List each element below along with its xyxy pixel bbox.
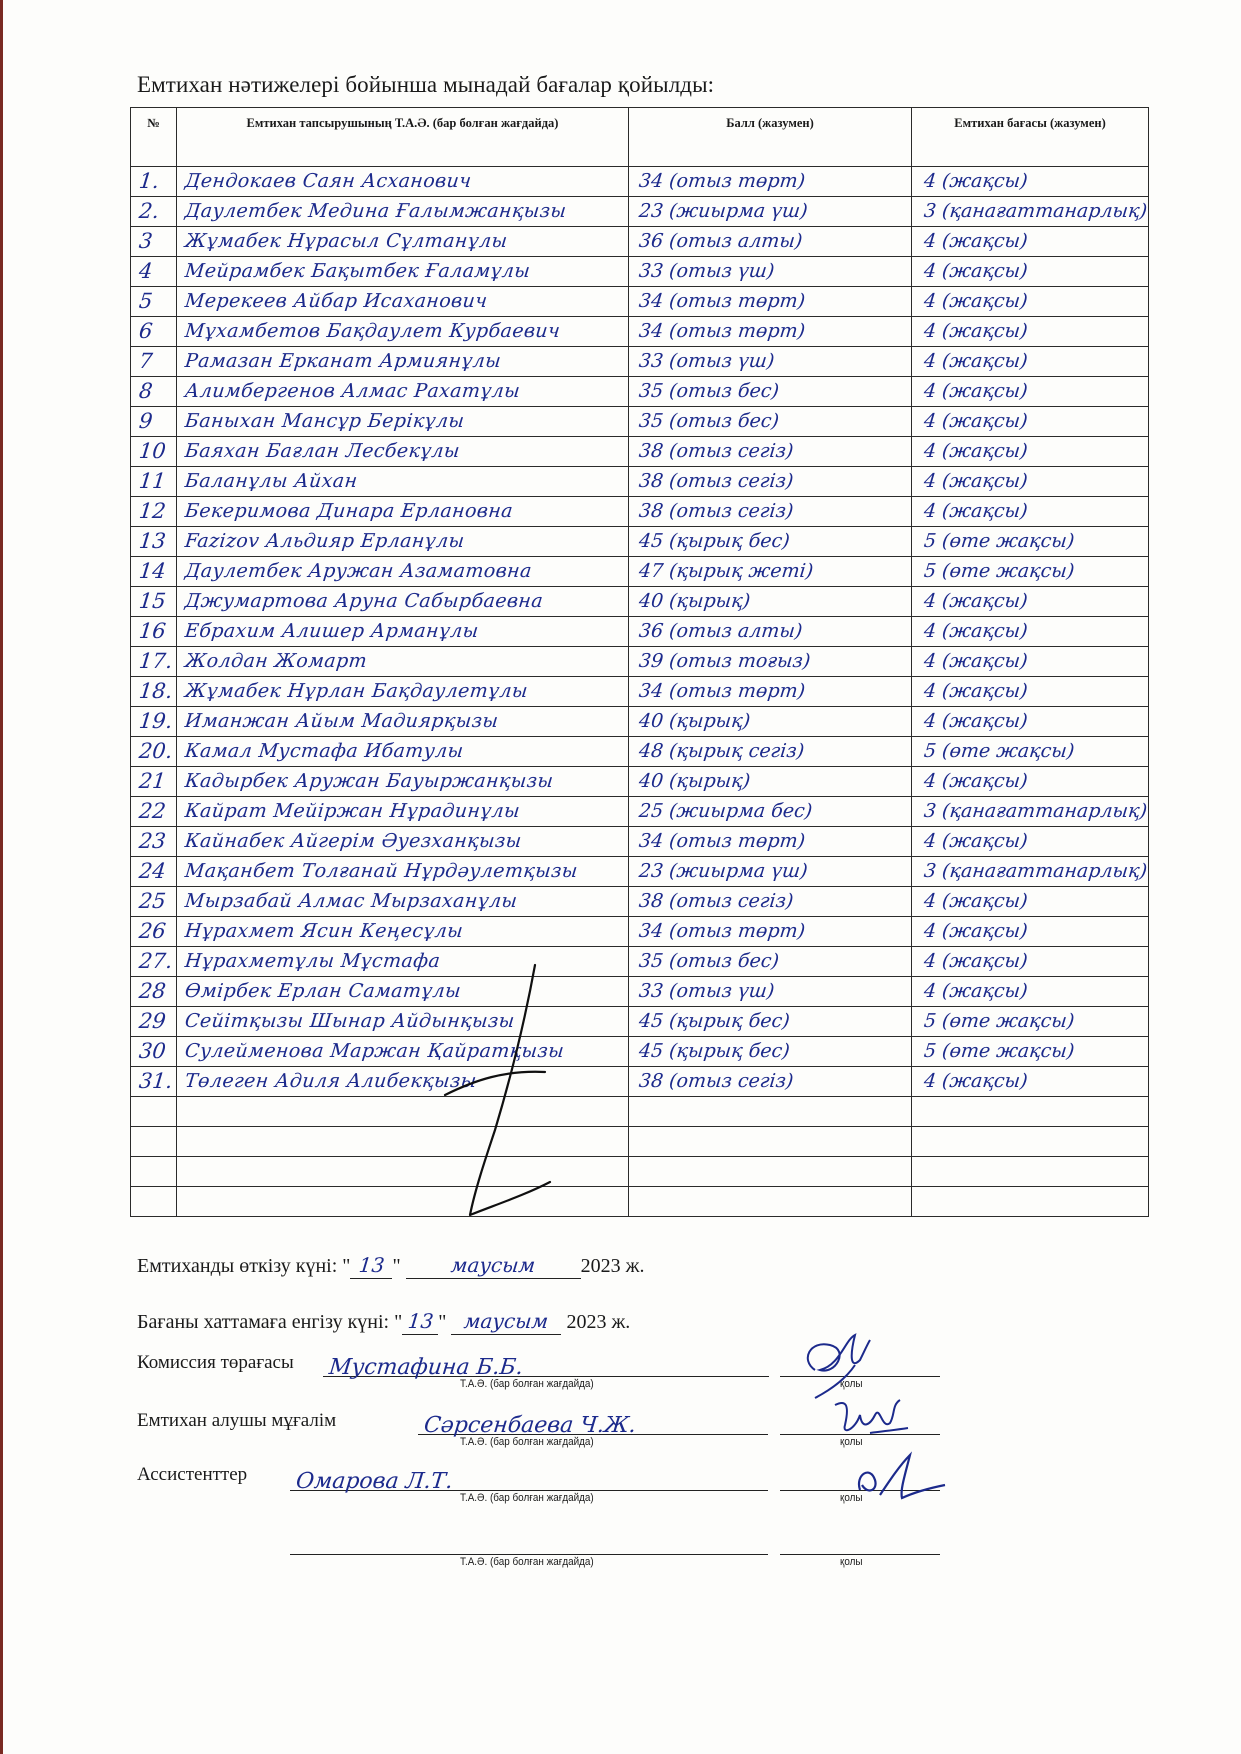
score-cell: 36 (отыз алты) bbox=[629, 227, 912, 257]
student-name: Баяхан Бағлан Лесбекұлы bbox=[177, 437, 629, 467]
student-name: Ебрахим Алишер Арманұлы bbox=[177, 617, 629, 647]
score-cell: 34 (отыз төрт) bbox=[629, 677, 912, 707]
examiner-name-caption: Т.А.Ә. (бар болған жағдайда) bbox=[460, 1436, 594, 1448]
grade-cell: 4 (жақсы) bbox=[912, 377, 1149, 407]
grades-table: № Емтихан тапсырушының Т.А.Ә. (бар болға… bbox=[130, 107, 1149, 1217]
empty-cell bbox=[177, 1187, 629, 1217]
row-number: 3 bbox=[131, 227, 177, 257]
empty-cell bbox=[629, 1097, 912, 1127]
score-cell: 33 (отыз үш) bbox=[629, 257, 912, 287]
student-name: Дендокаев Саян Асханович bbox=[177, 167, 629, 197]
table-row: 17.Жолдан Жомарт39 (отыз тоғыз)4 (жақсы) bbox=[131, 647, 1149, 677]
empty-table-row bbox=[131, 1097, 1149, 1127]
row-number: 23 bbox=[131, 827, 177, 857]
row-number: 18. bbox=[131, 677, 177, 707]
student-name: Мерекеев Айбар Исаханович bbox=[177, 287, 629, 317]
grade-cell: 4 (жақсы) bbox=[912, 917, 1149, 947]
student-name: Нұрахметұлы Мұстафа bbox=[177, 947, 629, 977]
grade-cell: 5 (өте жақсы) bbox=[912, 1037, 1149, 1067]
table-row: 5Мерекеев Айбар Исаханович34 (отыз төрт)… bbox=[131, 287, 1149, 317]
extra-assistant-name-caption: Т.А.Ә. (бар болған жағдайда) bbox=[460, 1556, 594, 1568]
grade-cell: 4 (жақсы) bbox=[912, 317, 1149, 347]
grade-cell: 4 (жақсы) bbox=[912, 437, 1149, 467]
row-number: 10 bbox=[131, 437, 177, 467]
student-name: Сейітқызы Шынар Айдынқызы bbox=[177, 1007, 629, 1037]
grade-cell: 4 (жақсы) bbox=[912, 1067, 1149, 1097]
score-cell: 40 (қырық) bbox=[629, 587, 912, 617]
row-number: 14 bbox=[131, 557, 177, 587]
grade-cell: 4 (жақсы) bbox=[912, 467, 1149, 497]
table-row: 30Сулейменова Маржан Қайратқызы45 (қырық… bbox=[131, 1037, 1149, 1067]
row-number: 6 bbox=[131, 317, 177, 347]
table-row: 2.Даулетбек Медина Ғалымжанқызы23 (жиырм… bbox=[131, 197, 1149, 227]
row-number: 27. bbox=[131, 947, 177, 977]
row-number: 17. bbox=[131, 647, 177, 677]
score-cell: 25 (жиырма бес) bbox=[629, 797, 912, 827]
row-number: 16 bbox=[131, 617, 177, 647]
table-row: 16Ебрахим Алишер Арманұлы36 (отыз алты)4… bbox=[131, 617, 1149, 647]
student-name: Баланұлы Айхан bbox=[177, 467, 629, 497]
empty-cell bbox=[629, 1187, 912, 1217]
assistant-name-field: Омарова Л.Т. bbox=[290, 1466, 768, 1491]
student-name: Мырзабай Алмас Мырзаханұлы bbox=[177, 887, 629, 917]
score-cell: 34 (отыз төрт) bbox=[629, 917, 912, 947]
page-title: Емтихан нәтижелері бойынша мынадай бағал… bbox=[137, 72, 714, 98]
row-number: 15 bbox=[131, 587, 177, 617]
row-number: 1. bbox=[131, 167, 177, 197]
row-number: 30 bbox=[131, 1037, 177, 1067]
header-grade: Емтихан бағасы (жазумен) bbox=[912, 108, 1149, 167]
assistants-label: Ассистенттер bbox=[137, 1464, 247, 1486]
extra-assistant-name-field bbox=[290, 1530, 768, 1555]
student-name: Даулетбек Аружан Азаматовна bbox=[177, 557, 629, 587]
examiner-label: Емтихан алушы мұғалім bbox=[137, 1410, 336, 1432]
grade-cell: 4 (жақсы) bbox=[912, 767, 1149, 797]
score-cell: 33 (отыз үш) bbox=[629, 347, 912, 377]
score-cell: 34 (отыз төрт) bbox=[629, 167, 912, 197]
table-row: 13Fazizov Альдияр Ерланұлы45 (қырық бес)… bbox=[131, 527, 1149, 557]
table-row: 25Мырзабай Алмас Мырзаханұлы38 (отыз сег… bbox=[131, 887, 1149, 917]
row-number: 4 bbox=[131, 257, 177, 287]
table-row: 22Кайрат Мейіржан Нұрадинұлы25 (жиырма б… bbox=[131, 797, 1149, 827]
grade-cell: 4 (жақсы) bbox=[912, 347, 1149, 377]
table-row: 11Баланұлы Айхан38 (отыз сегіз)4 (жақсы) bbox=[131, 467, 1149, 497]
row-number: 8 bbox=[131, 377, 177, 407]
entry-date-line: Бағаны хаттамаға енгізу күні: "13" маусы… bbox=[137, 1310, 630, 1335]
student-name: Нұрахмет Ясин Кеңесұлы bbox=[177, 917, 629, 947]
student-name: Кайнабек Айгерім Әуезханқызы bbox=[177, 827, 629, 857]
score-cell: 45 (қырық бес) bbox=[629, 1007, 912, 1037]
score-cell: 35 (отыз бес) bbox=[629, 407, 912, 437]
table-row: 1.Дендокаев Саян Асханович34 (отыз төрт)… bbox=[131, 167, 1149, 197]
empty-table-row bbox=[131, 1127, 1149, 1157]
grade-cell: 4 (жақсы) bbox=[912, 407, 1149, 437]
student-name: Өмірбек Ерлан Саматұлы bbox=[177, 977, 629, 1007]
student-name: Бекеримова Динара Ерлановна bbox=[177, 497, 629, 527]
student-name: Fazizov Альдияр Ерланұлы bbox=[177, 527, 629, 557]
table-row: 19.Иманжан Айым Мадиярқызы40 (қырық)4 (ж… bbox=[131, 707, 1149, 737]
commission-chair-name-caption: Т.А.Ә. (бар болған жағдайда) bbox=[460, 1378, 594, 1390]
grade-cell: 4 (жақсы) bbox=[912, 647, 1149, 677]
grade-cell: 4 (жақсы) bbox=[912, 287, 1149, 317]
student-name: Баныхан Мансұр Берікұлы bbox=[177, 407, 629, 437]
empty-table-row bbox=[131, 1187, 1149, 1217]
row-number: 12 bbox=[131, 497, 177, 527]
row-number: 11 bbox=[131, 467, 177, 497]
grade-cell: 4 (жақсы) bbox=[912, 707, 1149, 737]
table-row: 26Нұрахмет Ясин Кеңесұлы34 (отыз төрт)4 … bbox=[131, 917, 1149, 947]
grade-cell: 5 (өте жақсы) bbox=[912, 737, 1149, 767]
grade-cell: 4 (жақсы) bbox=[912, 617, 1149, 647]
grade-cell: 4 (жақсы) bbox=[912, 227, 1149, 257]
grade-cell: 4 (жақсы) bbox=[912, 587, 1149, 617]
entry-date-month-field: маусым bbox=[451, 1310, 561, 1335]
score-cell: 36 (отыз алты) bbox=[629, 617, 912, 647]
table-row: 8Алимбергенов Алмас Рахатұлы35 (отыз бес… bbox=[131, 377, 1149, 407]
table-row: 20.Камал Мустафа Ибатулы48 (қырық сегіз)… bbox=[131, 737, 1149, 767]
empty-cell bbox=[131, 1127, 177, 1157]
table-row: 27.Нұрахметұлы Мұстафа35 (отыз бес)4 (жа… bbox=[131, 947, 1149, 977]
grade-cell: 4 (жақсы) bbox=[912, 827, 1149, 857]
row-number: 19. bbox=[131, 707, 177, 737]
score-cell: 35 (отыз бес) bbox=[629, 947, 912, 977]
student-name: Мақанбет Толғанай Нұрдәулетқызы bbox=[177, 857, 629, 887]
table-row: 23Кайнабек Айгерім Әуезханқызы34 (отыз т… bbox=[131, 827, 1149, 857]
student-name: Жолдан Жомарт bbox=[177, 647, 629, 677]
row-number: 21 bbox=[131, 767, 177, 797]
score-cell: 47 (қырық жеті) bbox=[629, 557, 912, 587]
commission-chair-signature-field bbox=[780, 1352, 940, 1377]
empty-cell bbox=[131, 1187, 177, 1217]
examiner-signature-field bbox=[780, 1410, 940, 1435]
commission-chair-name-field: Мустафина Б.Б. bbox=[323, 1352, 769, 1377]
empty-cell bbox=[912, 1097, 1149, 1127]
header-name: Емтихан тапсырушының Т.А.Ә. (бар болған … bbox=[177, 108, 629, 167]
empty-cell bbox=[131, 1097, 177, 1127]
empty-cell bbox=[912, 1187, 1149, 1217]
score-cell: 34 (отыз төрт) bbox=[629, 287, 912, 317]
empty-cell bbox=[131, 1157, 177, 1187]
assistant-name-caption: Т.А.Ә. (бар болған жағдайда) bbox=[460, 1492, 594, 1504]
score-cell: 33 (отыз үш) bbox=[629, 977, 912, 1007]
commission-chair-label: Комиссия төрағасы bbox=[137, 1352, 294, 1374]
row-number: 31. bbox=[131, 1067, 177, 1097]
student-name: Кайрат Мейіржан Нұрадинұлы bbox=[177, 797, 629, 827]
grade-cell: 3 (қанағаттанарлық) bbox=[912, 197, 1149, 227]
table-row: 7Рамазан Ерканат Армиянұлы33 (отыз үш)4 … bbox=[131, 347, 1149, 377]
student-name: Төлеген Адиля Алибекқызы bbox=[177, 1067, 629, 1097]
student-name: Мейрамбек Бақытбек Ғаламұлы bbox=[177, 257, 629, 287]
table-row: 10Баяхан Бағлан Лесбекұлы38 (отыз сегіз)… bbox=[131, 437, 1149, 467]
row-number: 20. bbox=[131, 737, 177, 767]
exam-date-year: 2023 ж. bbox=[581, 1255, 645, 1277]
grade-cell: 5 (өте жақсы) bbox=[912, 1007, 1149, 1037]
table-row: 9Баныхан Мансұр Берікұлы35 (отыз бес)4 (… bbox=[131, 407, 1149, 437]
row-number: 5 bbox=[131, 287, 177, 317]
score-cell: 23 (жиырма үш) bbox=[629, 857, 912, 887]
grade-cell: 4 (жақсы) bbox=[912, 257, 1149, 287]
student-name: Камал Мустафа Ибатулы bbox=[177, 737, 629, 767]
table-row: 29Сейітқызы Шынар Айдынқызы45 (қырық бес… bbox=[131, 1007, 1149, 1037]
empty-cell bbox=[912, 1127, 1149, 1157]
entry-date-label: Бағаны хаттамаға енгізу күні: bbox=[137, 1311, 389, 1333]
examiner-signature-caption: қолы bbox=[840, 1436, 863, 1448]
commission-chair-signature-caption: қолы bbox=[840, 1378, 863, 1390]
table-row: 14Даулетбек Аружан Азаматовна47 (қырық ж… bbox=[131, 557, 1149, 587]
table-row: 28Өмірбек Ерлан Саматұлы33 (отыз үш)4 (ж… bbox=[131, 977, 1149, 1007]
score-cell: 38 (отыз сегіз) bbox=[629, 467, 912, 497]
extra-assistant-signature-caption: қолы bbox=[840, 1556, 863, 1568]
score-cell: 40 (қырық) bbox=[629, 767, 912, 797]
table-row: 24Мақанбет Толғанай Нұрдәулетқызы23 (жиы… bbox=[131, 857, 1149, 887]
score-cell: 23 (жиырма үш) bbox=[629, 197, 912, 227]
score-cell: 48 (қырық сегіз) bbox=[629, 737, 912, 767]
empty-cell bbox=[629, 1157, 912, 1187]
row-number: 2. bbox=[131, 197, 177, 227]
student-name: Кадырбек Аружан Бауыржанқызы bbox=[177, 767, 629, 797]
grade-cell: 4 (жақсы) bbox=[912, 977, 1149, 1007]
student-name: Джумартова Аруна Сабырбаевна bbox=[177, 587, 629, 617]
row-number: 9 bbox=[131, 407, 177, 437]
score-cell: 34 (отыз төрт) bbox=[629, 827, 912, 857]
row-number: 7 bbox=[131, 347, 177, 377]
row-number: 26 bbox=[131, 917, 177, 947]
grade-cell: 5 (өте жақсы) bbox=[912, 527, 1149, 557]
table-row: 6Мұхамбетов Бақдаулет Курбаевич34 (отыз … bbox=[131, 317, 1149, 347]
student-name: Рамазан Ерканат Армиянұлы bbox=[177, 347, 629, 377]
table-row: 12Бекеримова Динара Ерлановна38 (отыз се… bbox=[131, 497, 1149, 527]
table-row: 3Жұмабек Нұрасыл Сұлтанұлы36 (отыз алты)… bbox=[131, 227, 1149, 257]
table-row: 21Кадырбек Аружан Бауыржанқызы40 (қырық)… bbox=[131, 767, 1149, 797]
empty-table-row bbox=[131, 1157, 1149, 1187]
extra-assistant-signature-field bbox=[780, 1530, 940, 1555]
exam-date-label: Емтиханды өткізу күні: bbox=[137, 1255, 337, 1277]
scan-edge-strip bbox=[0, 0, 3, 1754]
entry-date-year: 2023 ж. bbox=[566, 1311, 630, 1333]
empty-cell bbox=[629, 1127, 912, 1157]
row-number: 29 bbox=[131, 1007, 177, 1037]
grade-cell: 3 (қанағаттанарлық) bbox=[912, 797, 1149, 827]
table-header-row: № Емтихан тапсырушының Т.А.Ә. (бар болға… bbox=[131, 108, 1149, 167]
table-row: 15Джумартова Аруна Сабырбаевна40 (қырық)… bbox=[131, 587, 1149, 617]
row-number: 28 bbox=[131, 977, 177, 1007]
grades-table-body: 1.Дендокаев Саян Асханович34 (отыз төрт)… bbox=[131, 167, 1149, 1217]
score-cell: 38 (отыз сегіз) bbox=[629, 887, 912, 917]
empty-cell bbox=[177, 1157, 629, 1187]
row-number: 24 bbox=[131, 857, 177, 887]
student-name: Жұмабек Нұрлан Бақдаулетұлы bbox=[177, 677, 629, 707]
empty-cell bbox=[177, 1127, 629, 1157]
score-cell: 38 (отыз сегіз) bbox=[629, 437, 912, 467]
score-cell: 38 (отыз сегіз) bbox=[629, 1067, 912, 1097]
student-name: Алимбергенов Алмас Рахатұлы bbox=[177, 377, 629, 407]
student-name: Даулетбек Медина Ғалымжанқызы bbox=[177, 197, 629, 227]
row-number: 13 bbox=[131, 527, 177, 557]
score-cell: 35 (отыз бес) bbox=[629, 377, 912, 407]
grade-cell: 4 (жақсы) bbox=[912, 947, 1149, 977]
grade-cell: 4 (жақсы) bbox=[912, 677, 1149, 707]
empty-cell bbox=[912, 1157, 1149, 1187]
row-number: 25 bbox=[131, 887, 177, 917]
grade-cell: 3 (қанағаттанарлық) bbox=[912, 857, 1149, 887]
header-number: № bbox=[131, 108, 177, 167]
score-cell: 40 (қырық) bbox=[629, 707, 912, 737]
score-cell: 39 (отыз тоғыз) bbox=[629, 647, 912, 677]
table-row: 18.Жұмабек Нұрлан Бақдаулетұлы34 (отыз т… bbox=[131, 677, 1149, 707]
student-name: Сулейменова Маржан Қайратқызы bbox=[177, 1037, 629, 1067]
grade-cell: 4 (жақсы) bbox=[912, 887, 1149, 917]
exam-date-month-field: маусым bbox=[406, 1254, 581, 1279]
grade-cell: 5 (өте жақсы) bbox=[912, 557, 1149, 587]
empty-cell bbox=[177, 1097, 629, 1127]
score-cell: 34 (отыз төрт) bbox=[629, 317, 912, 347]
header-score: Балл (жазумен) bbox=[629, 108, 912, 167]
row-number: 22 bbox=[131, 797, 177, 827]
assistant-signature-field bbox=[780, 1466, 940, 1491]
exam-date-day-field: 13 bbox=[350, 1254, 392, 1279]
examiner-name-field: Сәрсенбаева Ч.Ж. bbox=[418, 1410, 768, 1435]
student-name: Мұхамбетов Бақдаулет Курбаевич bbox=[177, 317, 629, 347]
grade-cell: 4 (жақсы) bbox=[912, 497, 1149, 527]
score-cell: 45 (қырық бес) bbox=[629, 527, 912, 557]
student-name: Жұмабек Нұрасыл Сұлтанұлы bbox=[177, 227, 629, 257]
exam-date-line: Емтиханды өткізу күні: "13" маусым2023 ж… bbox=[137, 1254, 644, 1279]
table-row: 4Мейрамбек Бақытбек Ғаламұлы33 (отыз үш)… bbox=[131, 257, 1149, 287]
assistant-signature-caption: қолы bbox=[840, 1492, 863, 1504]
score-cell: 45 (қырық бес) bbox=[629, 1037, 912, 1067]
grade-cell: 4 (жақсы) bbox=[912, 167, 1149, 197]
entry-date-day-field: 13 bbox=[402, 1310, 438, 1335]
student-name: Иманжан Айым Мадиярқызы bbox=[177, 707, 629, 737]
score-cell: 38 (отыз сегіз) bbox=[629, 497, 912, 527]
table-row: 31.Төлеген Адиля Алибекқызы38 (отыз сегі… bbox=[131, 1067, 1149, 1097]
